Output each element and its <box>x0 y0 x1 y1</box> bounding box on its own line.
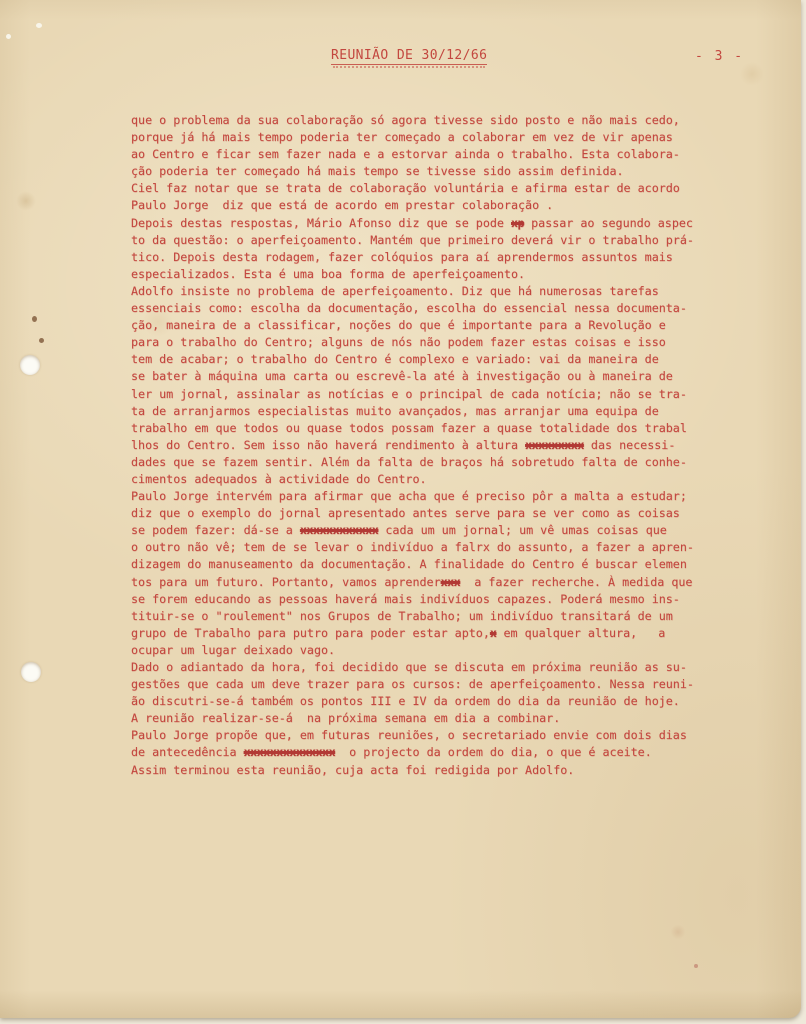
text-line: ão discutri-se-á também os pontos III e … <box>131 693 711 710</box>
text-line: de antecedência xxxxxxxxxxxxxx o project… <box>131 744 711 761</box>
strikethrough-correction: xxxxxxxxxxxxxx <box>244 745 336 759</box>
ink-speck <box>39 338 44 343</box>
strikethrough-correction: xxxxxxxxx <box>525 438 584 452</box>
text-line: ler um jornal, assinalar as notícias e o… <box>131 386 711 403</box>
text-line: grupo de Trabalho para putro para poder … <box>131 625 711 642</box>
text-line: tituir-se o "roulement" nos Grupos de Tr… <box>131 608 711 625</box>
strikethrough-correction: xxxxxxxxxxxx <box>300 523 378 537</box>
text-line: Dado o adiantado da hora, foi decidido q… <box>131 659 711 676</box>
text-line: cimentos adequados à actividade do Centr… <box>131 471 711 488</box>
text-line: se podem fazer: dá-se a xxxxxxxxxxxx cad… <box>131 522 711 539</box>
text-line: ção poderia ter começado há mais tempo s… <box>131 163 711 180</box>
text-line: dizagem do manuseamento da documentação.… <box>131 556 711 573</box>
text-line: para o trabalho do Centro; alguns de nós… <box>131 334 711 351</box>
text-line: se bater à máquina uma carta ou escrevê-… <box>131 368 711 385</box>
text-line: tem de acabar; o trabalho do Centro é co… <box>131 351 711 368</box>
text-line: o outro não vê; tem de se levar o indiví… <box>131 539 711 556</box>
ink-speck <box>694 964 698 968</box>
text-line: se forem educando as pessoas haverá mais… <box>131 591 711 608</box>
text-line: Assim terminou esta reunião, cuja acta f… <box>131 762 711 779</box>
text-line: dades que se fazem sentir. Além da falta… <box>131 454 711 471</box>
text-line: que o problema da sua colaboração só ago… <box>131 112 711 129</box>
punch-hole-top <box>20 355 40 375</box>
text-line: ocupar um lugar deixado vago. <box>131 642 711 659</box>
text-line: trabalho em que todos ou quase todos pos… <box>131 420 711 437</box>
ink-speck <box>32 316 37 322</box>
strikethrough-correction: xp <box>511 216 524 230</box>
text-line: ta de arranjarmos especialistas muito av… <box>131 403 711 420</box>
text-line: ção, maneira de a classificar, noções do… <box>131 317 711 334</box>
text-line: porque já há mais tempo poderia ter come… <box>131 129 711 146</box>
text-line: A reunião realizar-se-á na próxima seman… <box>131 710 711 727</box>
paper-fleck <box>6 34 11 39</box>
strikethrough-correction: xxx <box>441 575 461 589</box>
text-line: Paulo Jorge propõe que, em futuras reuni… <box>131 727 711 744</box>
text-line: essenciais como: escolha da documentação… <box>131 300 711 317</box>
text-line: tos para um futuro. Portanto, vamos apre… <box>131 574 711 591</box>
text-line: ao Centro e ficar sem fazer nada e a est… <box>131 146 711 163</box>
text-line: diz que o exemplo do jornal apresentado … <box>131 505 711 522</box>
meeting-title: REUNIÃO DE 30/12/66 <box>331 48 487 65</box>
text-line: gestões que cada um deve trazer para os … <box>131 676 711 693</box>
text-line: Depois destas respostas, Mário Afonso di… <box>131 215 711 232</box>
text-line: especializados. Esta é uma boa forma de … <box>131 266 711 283</box>
text-line: lhos do Centro. Sem isso não haverá rend… <box>131 437 711 454</box>
text-line: Paulo Jorge intervém para afirmar que ac… <box>131 488 711 505</box>
text-line: tico. Depois desta rodagem, fazer colóqu… <box>131 249 711 266</box>
document-body: que o problema da sua colaboração só ago… <box>131 112 711 779</box>
text-line: Ciel faz notar que se trata de colaboraç… <box>131 180 711 197</box>
text-line: to da questão: o aperfeiçoamento. Mantém… <box>131 232 711 249</box>
punch-hole-bottom <box>21 662 41 682</box>
text-line: Paulo Jorge diz que está de acordo em pr… <box>131 197 711 214</box>
scanned-page: REUNIÃO DE 30/12/66 - 3 - que o problema… <box>0 0 801 1018</box>
text-line: Adolfo insiste no problema de aperfeiçoa… <box>131 283 711 300</box>
page-number: - 3 - <box>695 49 744 64</box>
paper-fleck <box>36 23 42 28</box>
